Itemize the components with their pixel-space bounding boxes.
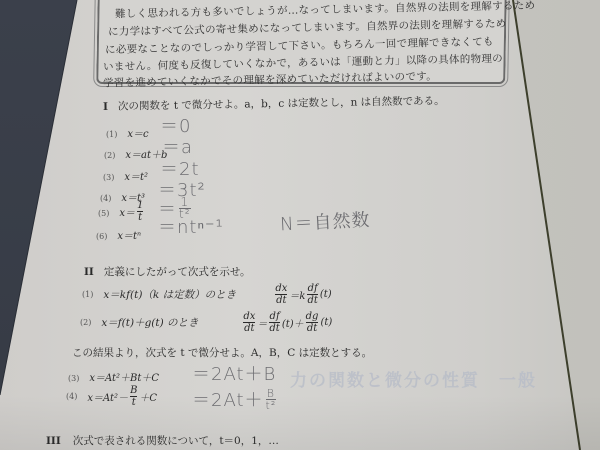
fraction: dxdt bbox=[243, 311, 255, 334]
handwritten-margin-note: N＝自然数 bbox=[279, 206, 371, 237]
handwritten-answer: ＝2At＋B bbox=[192, 360, 276, 386]
fraction: dgdt bbox=[306, 311, 319, 334]
exercise-item: (1)x＝c bbox=[106, 122, 149, 141]
fraction: 1t bbox=[137, 200, 143, 223]
handwritten-answer: ＝ntⁿ⁻¹ bbox=[158, 213, 224, 239]
section-number: II bbox=[84, 266, 94, 278]
fraction: dxdt bbox=[275, 283, 287, 306]
bleed-through-text: 力の関数と微分の性質 一般 bbox=[290, 366, 537, 391]
section-text: 次式で表される関数について，t＝0，1，… bbox=[73, 435, 279, 447]
section-number: III bbox=[46, 435, 61, 447]
exercise-item: (3)x＝t² bbox=[103, 165, 148, 184]
section-number: I bbox=[103, 101, 108, 113]
fraction: dfdt bbox=[269, 311, 279, 334]
section2-heading: II定義にしたがって次式を示せ。 bbox=[84, 264, 251, 279]
exercise-item: (3)x＝At²＋Bt＋C bbox=[68, 366, 159, 385]
exercise-item: (2)x＝at＋b bbox=[104, 143, 167, 162]
fraction: dfdt bbox=[307, 283, 317, 306]
exercise-item: (2) x＝f(t)＋g(t) のとき dxdt ＝ dfdt (t)＋ dgd… bbox=[80, 311, 332, 334]
exercise-item: (1) x＝kf(t)（k は定数）のとき dxdt ＝k dfdt (t) bbox=[82, 283, 332, 306]
exercise-item: (5)x＝1t bbox=[98, 200, 145, 223]
section-text: 定義にしたがって次式を示せ。 bbox=[104, 266, 251, 278]
followup-instruction: この結果より，次式を t で微分せよ。A，B，C は定数とする。 bbox=[72, 345, 372, 360]
exercise-item: (6)x＝tⁿ bbox=[96, 224, 141, 243]
section3-heading: III次式で表される関数について，t＝0，1，… bbox=[46, 433, 279, 448]
